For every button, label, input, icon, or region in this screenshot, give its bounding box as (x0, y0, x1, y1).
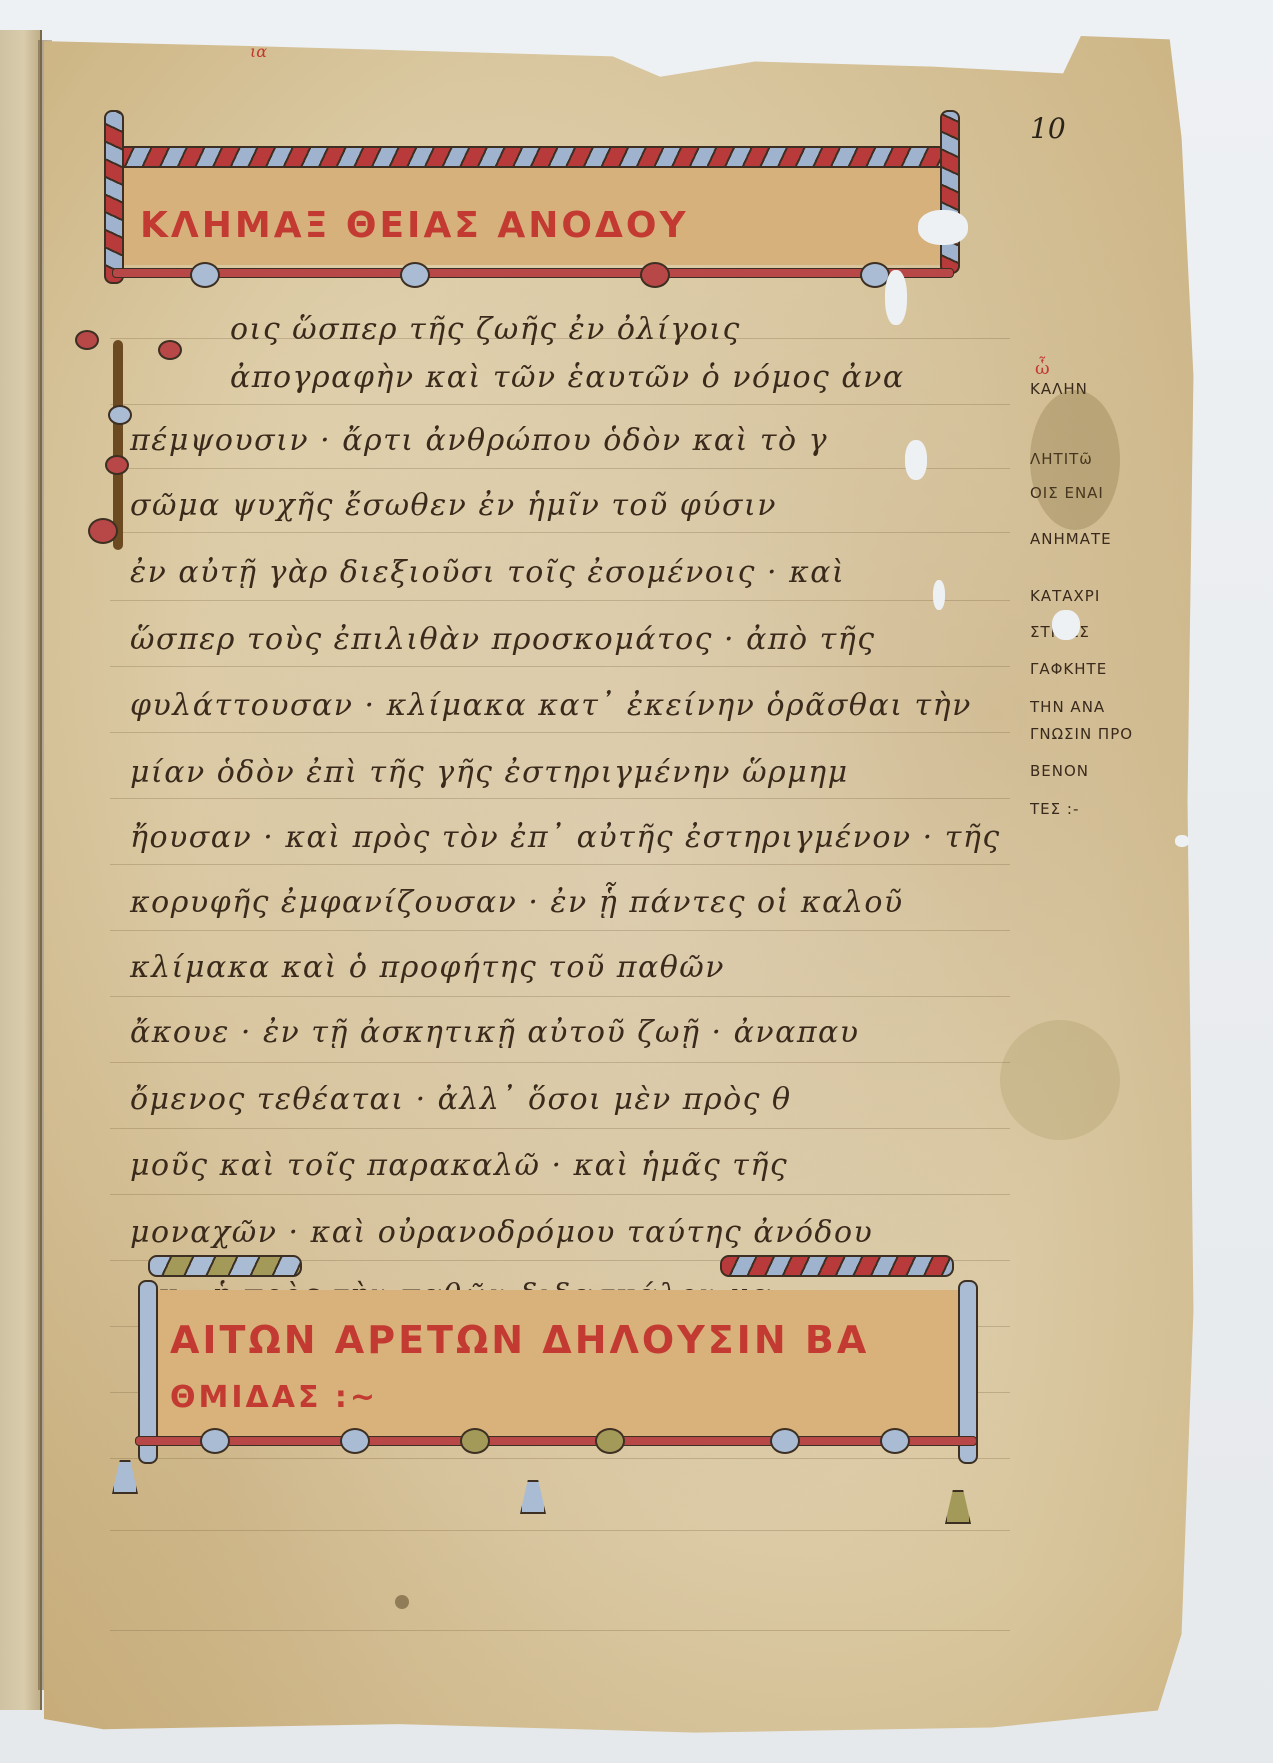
headpiece-title-line2: ΘΜΙΔΑΣ :~ (170, 1380, 378, 1415)
text-line: μοναχῶν · καὶ οὐρανοδρόμου ταύτης ἀνόδου (130, 1215, 873, 1250)
folio-number: 10 (1030, 112, 1066, 145)
knot-ornament (200, 1428, 230, 1454)
headpiece-title: ΚΛΗΜΑΞ ΘΕΙΑΣ ΑΝΟΔΟΥ (140, 205, 689, 246)
twisted-rope-right (720, 1255, 954, 1277)
margin-line: ΑΝΗΜΑΤΕ (1030, 530, 1112, 548)
knot-ornament (460, 1428, 490, 1454)
quire-mark: ια (250, 42, 267, 61)
margin-line: ΚΑΤΑΧΡΙ (1030, 587, 1100, 605)
facing-page-edge (0, 30, 42, 1710)
knot-ornament (340, 1428, 370, 1454)
text-line: μοῦς καὶ τοῖς παρακαλῶ · καὶ ἡμᾶς τῆς (130, 1148, 788, 1183)
headpiece-title-line1: ΑΙΤΩΝ ΑΡΕΤΩΝ ΔΗΛΟΥΣΙΝ ΒΑ (170, 1318, 869, 1362)
red-bar-bottom (135, 1436, 977, 1446)
margin-line: ΤΕΣ :- (1030, 800, 1079, 818)
knot-ornament (640, 262, 670, 288)
text-line: ἀπογραφὴν καὶ τῶν ἑαυτῶν ὁ νόμος ἀνα (230, 360, 905, 395)
text-line: ὥσπερ τοὺς ἐπιλιθὰν προσκομάτος · ἀπὸ τῆ… (130, 622, 876, 657)
red-bar-bottom (112, 268, 954, 278)
text-line: κλίμακα καὶ ὁ προφήτης τοῦ παθῶν (130, 950, 725, 985)
text-line: μίαν ὁδὸν ἐπὶ τῆς γῆς ἐστηριγμένην ὥρμημ (130, 755, 849, 790)
twisted-rope-border-right (940, 110, 960, 274)
text-line: κορυφῆς ἐμφανίζουσαν · ἐν ᾗ πάντες οἱ κα… (130, 885, 904, 920)
knot-ornament (880, 1428, 910, 1454)
knot-ornament (190, 262, 220, 288)
twisted-rope-border-top (115, 146, 949, 168)
knot-ornament (770, 1428, 800, 1454)
knot-ornament (595, 1428, 625, 1454)
text-line: οις ὥσπερ τῆς ζωῆς ἐν ὀλίγοις (230, 312, 741, 347)
knot-ornament (400, 262, 430, 288)
twisted-rope-border-left (104, 110, 124, 284)
margin-line: ΓΝΩΣΙΝ ΠΡΟ (1030, 725, 1133, 743)
twisted-rope-left (148, 1255, 302, 1277)
text-line: σῶμα ψυχῆς ἔσωθεν ἐν ἡμῖν τοῦ φύσιν (130, 488, 777, 523)
margin-line: ΓΑΦΚΗΤΕ (1030, 660, 1107, 678)
text-line: ἐν αὐτῇ γὰρ διεξιοῦσι τοῖς ἐσομένοις · κ… (130, 555, 845, 590)
text-line: ἤουσαν · καὶ πρὸς τὸν ἐπ᾽ αὐτῆς ἐστηριγμ… (130, 820, 1001, 855)
margin-line: ΤΗΝ ΑΝΑ (1030, 698, 1105, 716)
margin-line: ΒΕΝΟΝ (1030, 762, 1089, 780)
text-line: ἄκουε · ἐν τῇ ἀσκητικῇ αὐτοῦ ζωῇ · ἀναπα… (130, 1015, 860, 1050)
text-line: φυλάττουσαν · κλίμακα κατ᾽ ἐκείνην ὁρᾶσθ… (130, 688, 972, 723)
margin-reference-sign: ὧ (1035, 358, 1050, 379)
text-line: πέμψουσιν · ἄρτι ἀνθρώπου ὁδὸν καὶ τὸ γ (130, 423, 828, 458)
text-line: ὄμενος τεθέαται · ἀλλ᾽ ὅσοι μὲν πρὸς θ (130, 1082, 792, 1117)
